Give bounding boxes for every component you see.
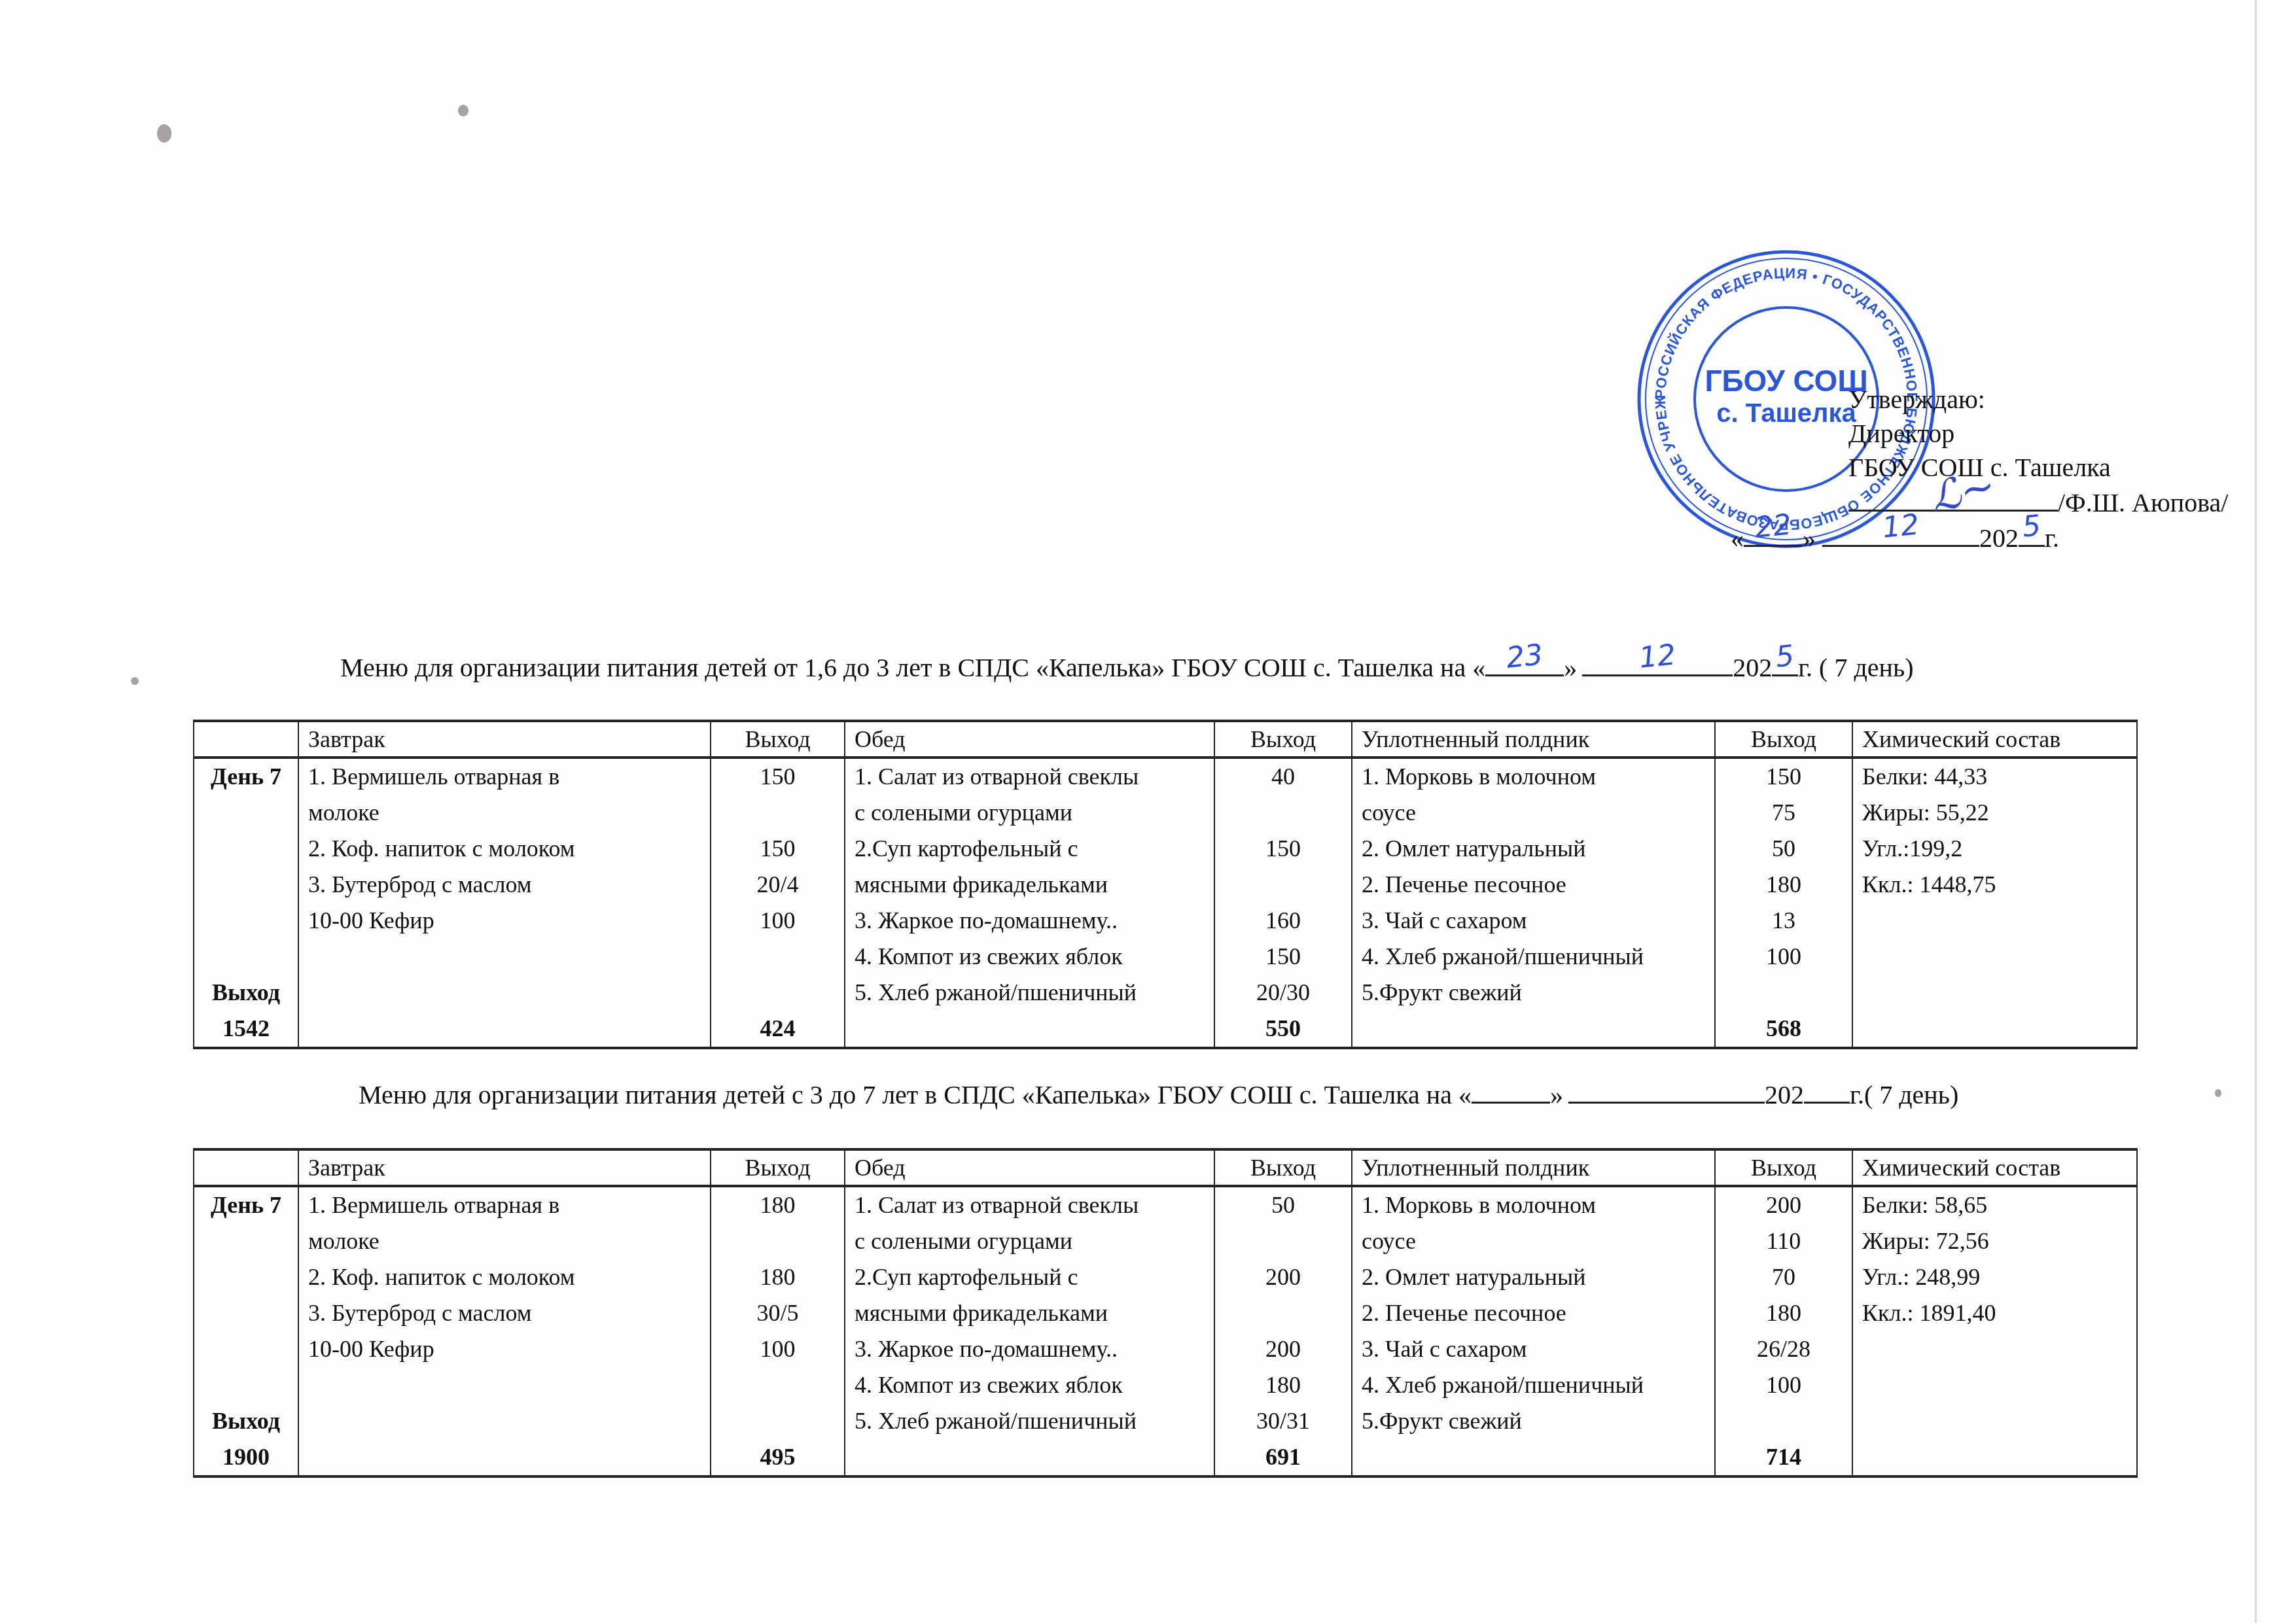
snack-total-output: 568 [1725, 1011, 1843, 1047]
chemical-value: Белки: 44,33 [1862, 759, 2127, 795]
day-output-label: Выход [194, 975, 298, 1011]
header-output: Выход [711, 1149, 845, 1186]
snack-items-cell: 1. Морковь в молочномсоусе2. Омлет натур… [1352, 758, 1715, 1048]
lunch-item: 4. Компот из свежих яблок [855, 1367, 1205, 1403]
breakfast-item: 1. Вермишель отварная в [308, 1187, 701, 1223]
breakfast-output: 30/5 [720, 1295, 835, 1331]
lunch-output: 150 [1224, 831, 1342, 867]
header-output: Выход [1715, 721, 1852, 758]
lunch-output: 150 [1224, 939, 1342, 975]
day-output-value: 1542 [194, 1011, 298, 1047]
lunch-output: 160 [1224, 903, 1342, 939]
breakfast-items-cell: 1. Вермишель отварная вмолоке2. Коф. нап… [298, 758, 711, 1048]
menu1-date-month: 12 [1638, 638, 1678, 675]
lunch-item: с солеными огурцами [855, 1223, 1205, 1259]
day-total-output: Выход1542 [194, 975, 298, 1047]
lunch-output: 40 [1224, 759, 1342, 795]
breakfast-output [720, 975, 835, 1011]
day-cell: День 7Выход1542 [194, 758, 298, 1048]
lunch-outputs-cell: 5020020018030/31691 [1214, 1186, 1352, 1476]
menu1-date-day: 23 [1505, 638, 1545, 675]
lunch-item: 2.Суп картофельный с [855, 831, 1205, 867]
scan-speck [2215, 1089, 2221, 1097]
snack-item: 4. Хлеб ржаной/пшеничный [1362, 939, 1705, 975]
snack-output: 100 [1725, 939, 1843, 975]
lunch-output: 200 [1224, 1331, 1342, 1367]
header-lunch: Обед [845, 721, 1214, 758]
chemical-composition-cell: Белки: 44,33Жиры: 55,22Угл.:199,2Ккл.: 1… [1852, 758, 2137, 1048]
approval-position: Директор [1848, 417, 2228, 451]
breakfast-item: 1. Вермишель отварная в [308, 759, 701, 795]
lunch-item: мясными фрикадельками [855, 1295, 1205, 1331]
breakfast-item: 10-00 Кефир [308, 903, 701, 939]
chemical-value: Ккл.: 1448,75 [1862, 867, 2127, 903]
scan-speck [131, 677, 139, 685]
chemical-value: Белки: 58,65 [1862, 1187, 2127, 1223]
breakfast-outputs-cell: 15015020/4100424 [711, 758, 845, 1048]
snack-item: 5.Фрукт свежий [1362, 1403, 1705, 1439]
snack-item: 3. Чай с сахаром [1362, 1331, 1705, 1367]
chemical-value: Ккл.: 1891,40 [1862, 1295, 2127, 1331]
lunch-item: 3. Жаркое по-домашнему.. [855, 903, 1205, 939]
snack-item: 5.Фрукт свежий [1362, 975, 1705, 1011]
snack-output: 75 [1725, 795, 1843, 831]
lunch-item: 5. Хлеб ржаной/пшеничный [855, 1403, 1205, 1439]
day-cell: День 7Выход1900 [194, 1186, 298, 1476]
table-row: День 7Выход15421. Вермишель отварная вмо… [194, 758, 2137, 1048]
header-empty [194, 721, 298, 758]
breakfast-output: 150 [720, 759, 835, 795]
snack-output: 150 [1725, 759, 1843, 795]
breakfast-output [720, 1367, 835, 1403]
snack-output: 70 [1725, 1259, 1843, 1295]
breakfast-output: 150 [720, 831, 835, 867]
breakfast-output: 180 [720, 1259, 835, 1295]
breakfast-total-output: 424 [720, 1011, 835, 1047]
snack-item: 3. Чай с сахаром [1362, 903, 1705, 939]
menu-title-2: Меню для организации питания детей с 3 д… [359, 1078, 1958, 1110]
breakfast-item: молоке [308, 795, 701, 831]
snack-outputs-cell: 150755018013100568 [1715, 758, 1852, 1048]
breakfast-item: 3. Бутерброд с маслом [308, 867, 701, 903]
lunch-output [1224, 867, 1342, 903]
table-header-row: Завтрак Выход Обед Выход Уплотненный пол… [194, 721, 2137, 758]
breakfast-output [720, 795, 835, 831]
lunch-item: 2.Суп картофельный с [855, 1259, 1205, 1295]
table-row: День 7Выход19001. Вермишель отварная вмо… [194, 1186, 2137, 1476]
breakfast-output: 100 [720, 1331, 835, 1367]
snack-items-cell: 1. Морковь в молочномсоусе2. Омлет натур… [1352, 1186, 1715, 1476]
approval-date-month: 12 [1881, 508, 1920, 546]
snack-output [1725, 975, 1843, 1011]
header-chemical-composition: Химический состав [1852, 1149, 2137, 1186]
lunch-total-output: 691 [1224, 1439, 1342, 1475]
menu1-date-year: 5 [1775, 639, 1796, 674]
breakfast-outputs-cell: 18018030/5100495 [711, 1186, 845, 1476]
lunch-item: 4. Компот из свежих яблок [855, 939, 1205, 975]
lunch-output [1224, 1295, 1342, 1331]
lunch-item: 3. Жаркое по-домашнему.. [855, 1331, 1205, 1367]
header-empty [194, 1149, 298, 1186]
chemical-value: Угл.:199,2 [1862, 831, 2127, 867]
breakfast-output: 20/4 [720, 867, 835, 903]
header-output: Выход [1214, 1149, 1352, 1186]
chemical-composition-cell: Белки: 58,65Жиры: 72,56Угл.: 248,99Ккл.:… [1852, 1186, 2137, 1476]
header-afternoon-snack: Уплотненный полдник [1352, 721, 1715, 758]
scan-page-edge [2255, 0, 2257, 1623]
header-output: Выход [1715, 1149, 1852, 1186]
breakfast-output [720, 1403, 835, 1439]
chemical-value: Жиры: 72,56 [1862, 1223, 2127, 1259]
lunch-output: 200 [1224, 1259, 1342, 1295]
header-breakfast: Завтрак [298, 1149, 711, 1186]
day-output-value: 1900 [194, 1439, 298, 1475]
lunch-output: 50 [1224, 1187, 1342, 1223]
header-chemical-composition: Химический состав [1852, 721, 2137, 758]
table-header-row: Завтрак Выход Обед Выход Уплотненный пол… [194, 1149, 2137, 1186]
chemical-value: Жиры: 55,22 [1862, 795, 2127, 831]
snack-output: 110 [1725, 1223, 1843, 1259]
lunch-output [1224, 795, 1342, 831]
header-lunch: Обед [845, 1149, 1214, 1186]
breakfast-output [720, 1223, 835, 1259]
day-label: День 7 [194, 759, 298, 795]
lunch-items-cell: 1. Салат из отварной свеклыс солеными ог… [845, 758, 1214, 1048]
breakfast-item: 3. Бутерброд с маслом [308, 1295, 701, 1331]
menu-table-2: Завтрак Выход Обед Выход Уплотненный пол… [193, 1148, 2138, 1478]
breakfast-item: 10-00 Кефир [308, 1331, 701, 1367]
day-total-output: Выход1900 [194, 1403, 298, 1475]
snack-outputs-cell: 2001107018026/28100714 [1715, 1186, 1852, 1476]
menu-table-1: Завтрак Выход Обед Выход Уплотненный пол… [193, 720, 2138, 1049]
snack-item: 1. Морковь в молочном [1362, 1187, 1705, 1223]
breakfast-output [720, 939, 835, 975]
lunch-outputs-cell: 4015016015020/30550 [1214, 758, 1352, 1048]
scan-speck [458, 105, 468, 116]
snack-output [1725, 1403, 1843, 1439]
lunch-items-cell: 1. Салат из отварной свеклыс солеными ог… [845, 1186, 1214, 1476]
snack-item: 4. Хлеб ржаной/пшеничный [1362, 1367, 1705, 1403]
snack-output: 50 [1725, 831, 1843, 867]
snack-output: 26/28 [1725, 1331, 1843, 1367]
lunch-output [1224, 1223, 1342, 1259]
snack-output: 180 [1725, 867, 1843, 903]
snack-item: соусе [1362, 795, 1705, 831]
lunch-item: мясными фрикадельками [855, 867, 1205, 903]
snack-total-output: 714 [1725, 1439, 1843, 1475]
day-output-label: Выход [194, 1403, 298, 1439]
snack-item: 2. Печенье песочное [1362, 867, 1705, 903]
menu-title-1: Меню для организации питания детей от 1,… [340, 651, 1913, 683]
breakfast-output: 100 [720, 903, 835, 939]
approval-block: Утверждаю: Директор ГБОУ СОШ с. Ташелка … [1848, 383, 2228, 555]
snack-item: соусе [1362, 1223, 1705, 1259]
header-output: Выход [711, 721, 845, 758]
header-breakfast: Завтрак [298, 721, 711, 758]
breakfast-total-output: 495 [720, 1439, 835, 1475]
approval-signer: /Ф.Ш. Аюпова/ [2058, 488, 2228, 517]
lunch-item: 1. Салат из отварной свеклы [855, 1187, 1205, 1223]
scan-speck [157, 124, 171, 143]
day-label: День 7 [194, 1187, 298, 1223]
lunch-item: 5. Хлеб ржаной/пшеничный [855, 975, 1205, 1011]
header-afternoon-snack: Уплотненный полдник [1352, 1149, 1715, 1186]
snack-item: 2. Омлет натуральный [1362, 1259, 1705, 1295]
snack-item: 2. Омлет натуральный [1362, 831, 1705, 867]
breakfast-item: 2. Коф. напиток с молоком [308, 831, 701, 867]
lunch-output: 180 [1224, 1367, 1342, 1403]
lunch-output: 20/30 [1224, 975, 1342, 1011]
approval-date-day: 22 [1753, 508, 1793, 546]
snack-item: 2. Печенье песочное [1362, 1295, 1705, 1331]
approval-date-year: 5 [2021, 509, 2042, 545]
snack-item: 1. Морковь в молочном [1362, 759, 1705, 795]
lunch-total-output: 550 [1224, 1011, 1342, 1047]
breakfast-output: 180 [720, 1187, 835, 1223]
breakfast-item: молоке [308, 1223, 701, 1259]
snack-output: 180 [1725, 1295, 1843, 1331]
snack-output: 13 [1725, 903, 1843, 939]
lunch-item: 1. Салат из отварной свеклы [855, 759, 1205, 795]
approval-organization: ГБОУ СОШ с. Ташелка [1848, 451, 2228, 485]
breakfast-items-cell: 1. Вермишель отварная вмолоке2. Коф. нап… [298, 1186, 711, 1476]
chemical-value: Угл.: 248,99 [1862, 1259, 2127, 1295]
header-output: Выход [1214, 721, 1352, 758]
breakfast-item: 2. Коф. напиток с молоком [308, 1259, 701, 1295]
lunch-output: 30/31 [1224, 1403, 1342, 1439]
snack-output: 100 [1725, 1367, 1843, 1403]
lunch-item: с солеными огурцами [855, 795, 1205, 831]
approval-heading: Утверждаю: [1848, 383, 2228, 417]
snack-output: 200 [1725, 1187, 1843, 1223]
approval-date: «22»122025г. [1731, 520, 2228, 555]
